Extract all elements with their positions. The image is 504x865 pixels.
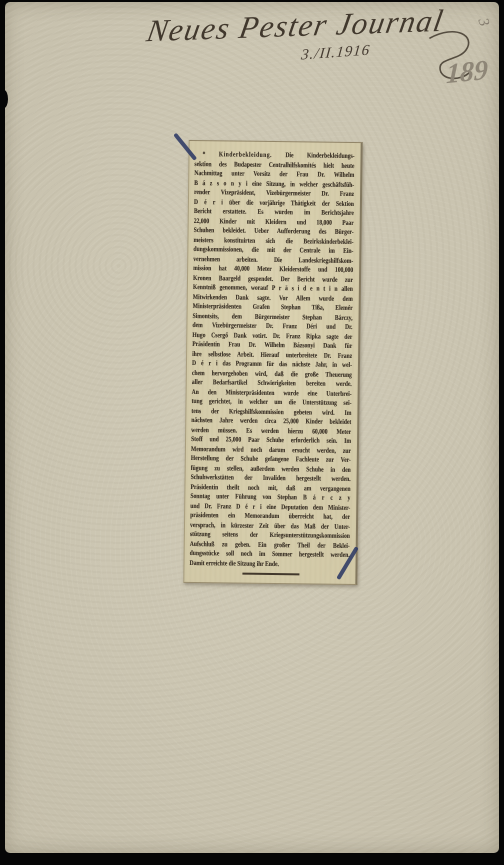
handwritten-date: 3./II.1916 [300, 43, 371, 65]
clipping-headline-rest: Die Kinderbekleidungs- [285, 151, 354, 160]
handwritten-newspaper-title: Neues Pester Journal [144, 3, 447, 50]
aged-paper-page: Neues Pester Journal 3./II.1916 189 3 * … [5, 2, 499, 853]
clipping-column: * Kinderbekleidung. Die Kinderbekleidung… [189, 150, 354, 570]
pencil-page-number: 189 [446, 55, 489, 92]
pencil-corner-mark: 3 [474, 16, 492, 28]
scanned-archive-sheet: Neues Pester Journal 3./II.1916 189 3 * … [0, 0, 504, 865]
headline-star: * [202, 150, 205, 158]
newspaper-clipping: * Kinderbekleidung. Die Kinderbekleidung… [183, 140, 362, 585]
article-end-rule [242, 573, 299, 576]
clipping-text-line: Damit erreichte die Sitzung ihr Ende. [189, 558, 349, 569]
clipping-body: sektion des Budapester Centralhilfskomit… [189, 160, 354, 570]
paper-edge-notch [0, 90, 8, 108]
clipping-headline: Kinderbekleidung. [219, 150, 272, 159]
